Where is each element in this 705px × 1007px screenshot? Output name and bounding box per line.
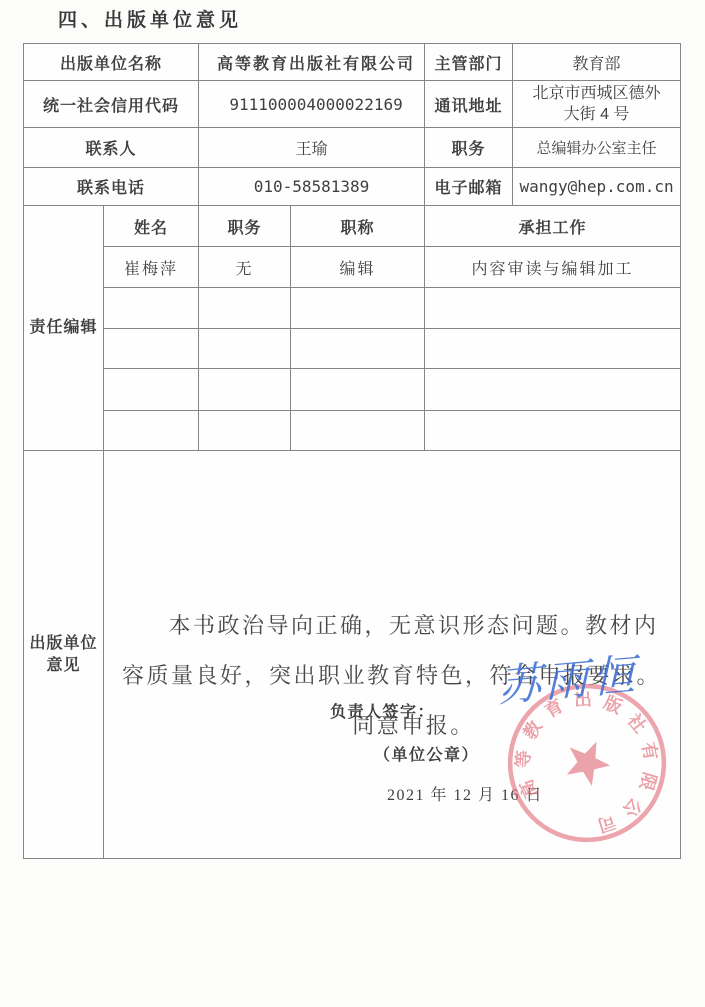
editor-position: [199, 329, 291, 369]
editor-title: [291, 411, 425, 451]
field-label-position: 职务: [425, 128, 513, 168]
editor-work: [425, 411, 681, 451]
field-value-contact: 王瑜: [199, 128, 425, 168]
field-value-supervisor: 教育部: [513, 44, 681, 81]
table-row: 出版单位名称 高等教育出版社有限公司 主管部门 教育部: [24, 44, 681, 81]
field-label-publisher-name: 出版单位名称: [24, 44, 199, 81]
stamp-star: [559, 733, 617, 789]
editor-row-empty: [24, 369, 681, 411]
field-value-credit-code: 911100004000022169: [199, 81, 425, 128]
editor-title: [291, 369, 425, 411]
editor-work: [425, 329, 681, 369]
editor-position: [199, 411, 291, 451]
editor-title: 编辑: [291, 247, 425, 288]
opinion-row: 出版单位 意见 本书政治导向正确，无意识形态问题。教材内容质量良好，突出职业教育…: [24, 451, 681, 859]
field-value-address: 北京市西城区德外大街 4 号: [513, 81, 681, 128]
stamp-ring-char: 司: [595, 811, 618, 835]
editor-work: [425, 369, 681, 411]
editor-name: [104, 369, 199, 411]
editors-header-name: 姓名: [104, 206, 199, 247]
editor-row-empty: [24, 411, 681, 451]
field-value-phone: 010-58581389: [199, 168, 425, 206]
field-label-contact: 联系人: [24, 128, 199, 168]
publisher-info-table: 出版单位名称 高等教育出版社有限公司 主管部门 教育部 统一社会信用代码 911…: [23, 43, 681, 859]
section-label-opinion: 出版单位 意见: [24, 451, 104, 859]
editor-row: 崔梅萍 无 编辑 内容审读与编辑加工: [24, 247, 681, 288]
section-label-opinion-line2: 意见: [24, 655, 103, 677]
field-label-address: 通讯地址: [425, 81, 513, 128]
table-row: 联系人 王瑜 职务 总编辑办公室主任: [24, 128, 681, 168]
editors-header-title: 职称: [291, 206, 425, 247]
section-label-opinion-line1: 出版单位: [24, 633, 103, 655]
handwritten-signature: 苏雨恒: [498, 641, 640, 714]
editor-title: [291, 329, 425, 369]
editor-row-empty: [24, 288, 681, 329]
field-value-email: wangy@hep.com.cn: [513, 168, 681, 206]
editor-name: [104, 288, 199, 329]
table-row: 统一社会信用代码 911100004000022169 通讯地址 北京市西城区德…: [24, 81, 681, 128]
editor-name: [104, 329, 199, 369]
editor-work: 内容审读与编辑加工: [425, 247, 681, 288]
editors-header-row: 责任编辑 姓名 职务 职称 承担工作: [24, 206, 681, 247]
editor-work: [425, 288, 681, 329]
field-label-email: 电子邮箱: [425, 168, 513, 206]
field-value-position: 总编辑办公室主任: [513, 128, 681, 168]
editor-position: [199, 369, 291, 411]
signature-label: 负责人签字：: [330, 699, 435, 722]
scanned-form-page: 四、出版单位意见 出版单位名称 高等教育出版社有限公司 主管部门 教育部 统一社…: [0, 0, 705, 1007]
seal-note: （单位公章）: [374, 742, 479, 765]
field-value-publisher-name: 高等教育出版社有限公司: [199, 44, 425, 81]
editor-name: 崔梅萍: [104, 247, 199, 288]
editors-header-position: 职务: [199, 206, 291, 247]
stamp-ring-char: 等: [512, 749, 534, 768]
editor-name: [104, 411, 199, 451]
editor-row-empty: [24, 329, 681, 369]
field-label-supervisor: 主管部门: [425, 44, 513, 81]
editor-title: [291, 288, 425, 329]
editor-position: 无: [199, 247, 291, 288]
section-title: 四、出版单位意见: [58, 9, 705, 32]
field-label-phone: 联系电话: [24, 168, 199, 206]
field-label-credit-code: 统一社会信用代码: [24, 81, 199, 128]
opinion-content-cell: 本书政治导向正确，无意识形态问题。教材内容质量良好，突出职业教育特色，符合申报要…: [104, 451, 681, 859]
section-label-editors: 责任编辑: [24, 206, 104, 451]
editors-header-work: 承担工作: [425, 206, 681, 247]
table-row: 联系电话 010-58581389 电子邮箱 wangy@hep.com.cn: [24, 168, 681, 206]
stamp-ring-char: 限: [636, 770, 660, 793]
stamp-ring-char: 有: [638, 740, 662, 762]
editor-position: [199, 288, 291, 329]
